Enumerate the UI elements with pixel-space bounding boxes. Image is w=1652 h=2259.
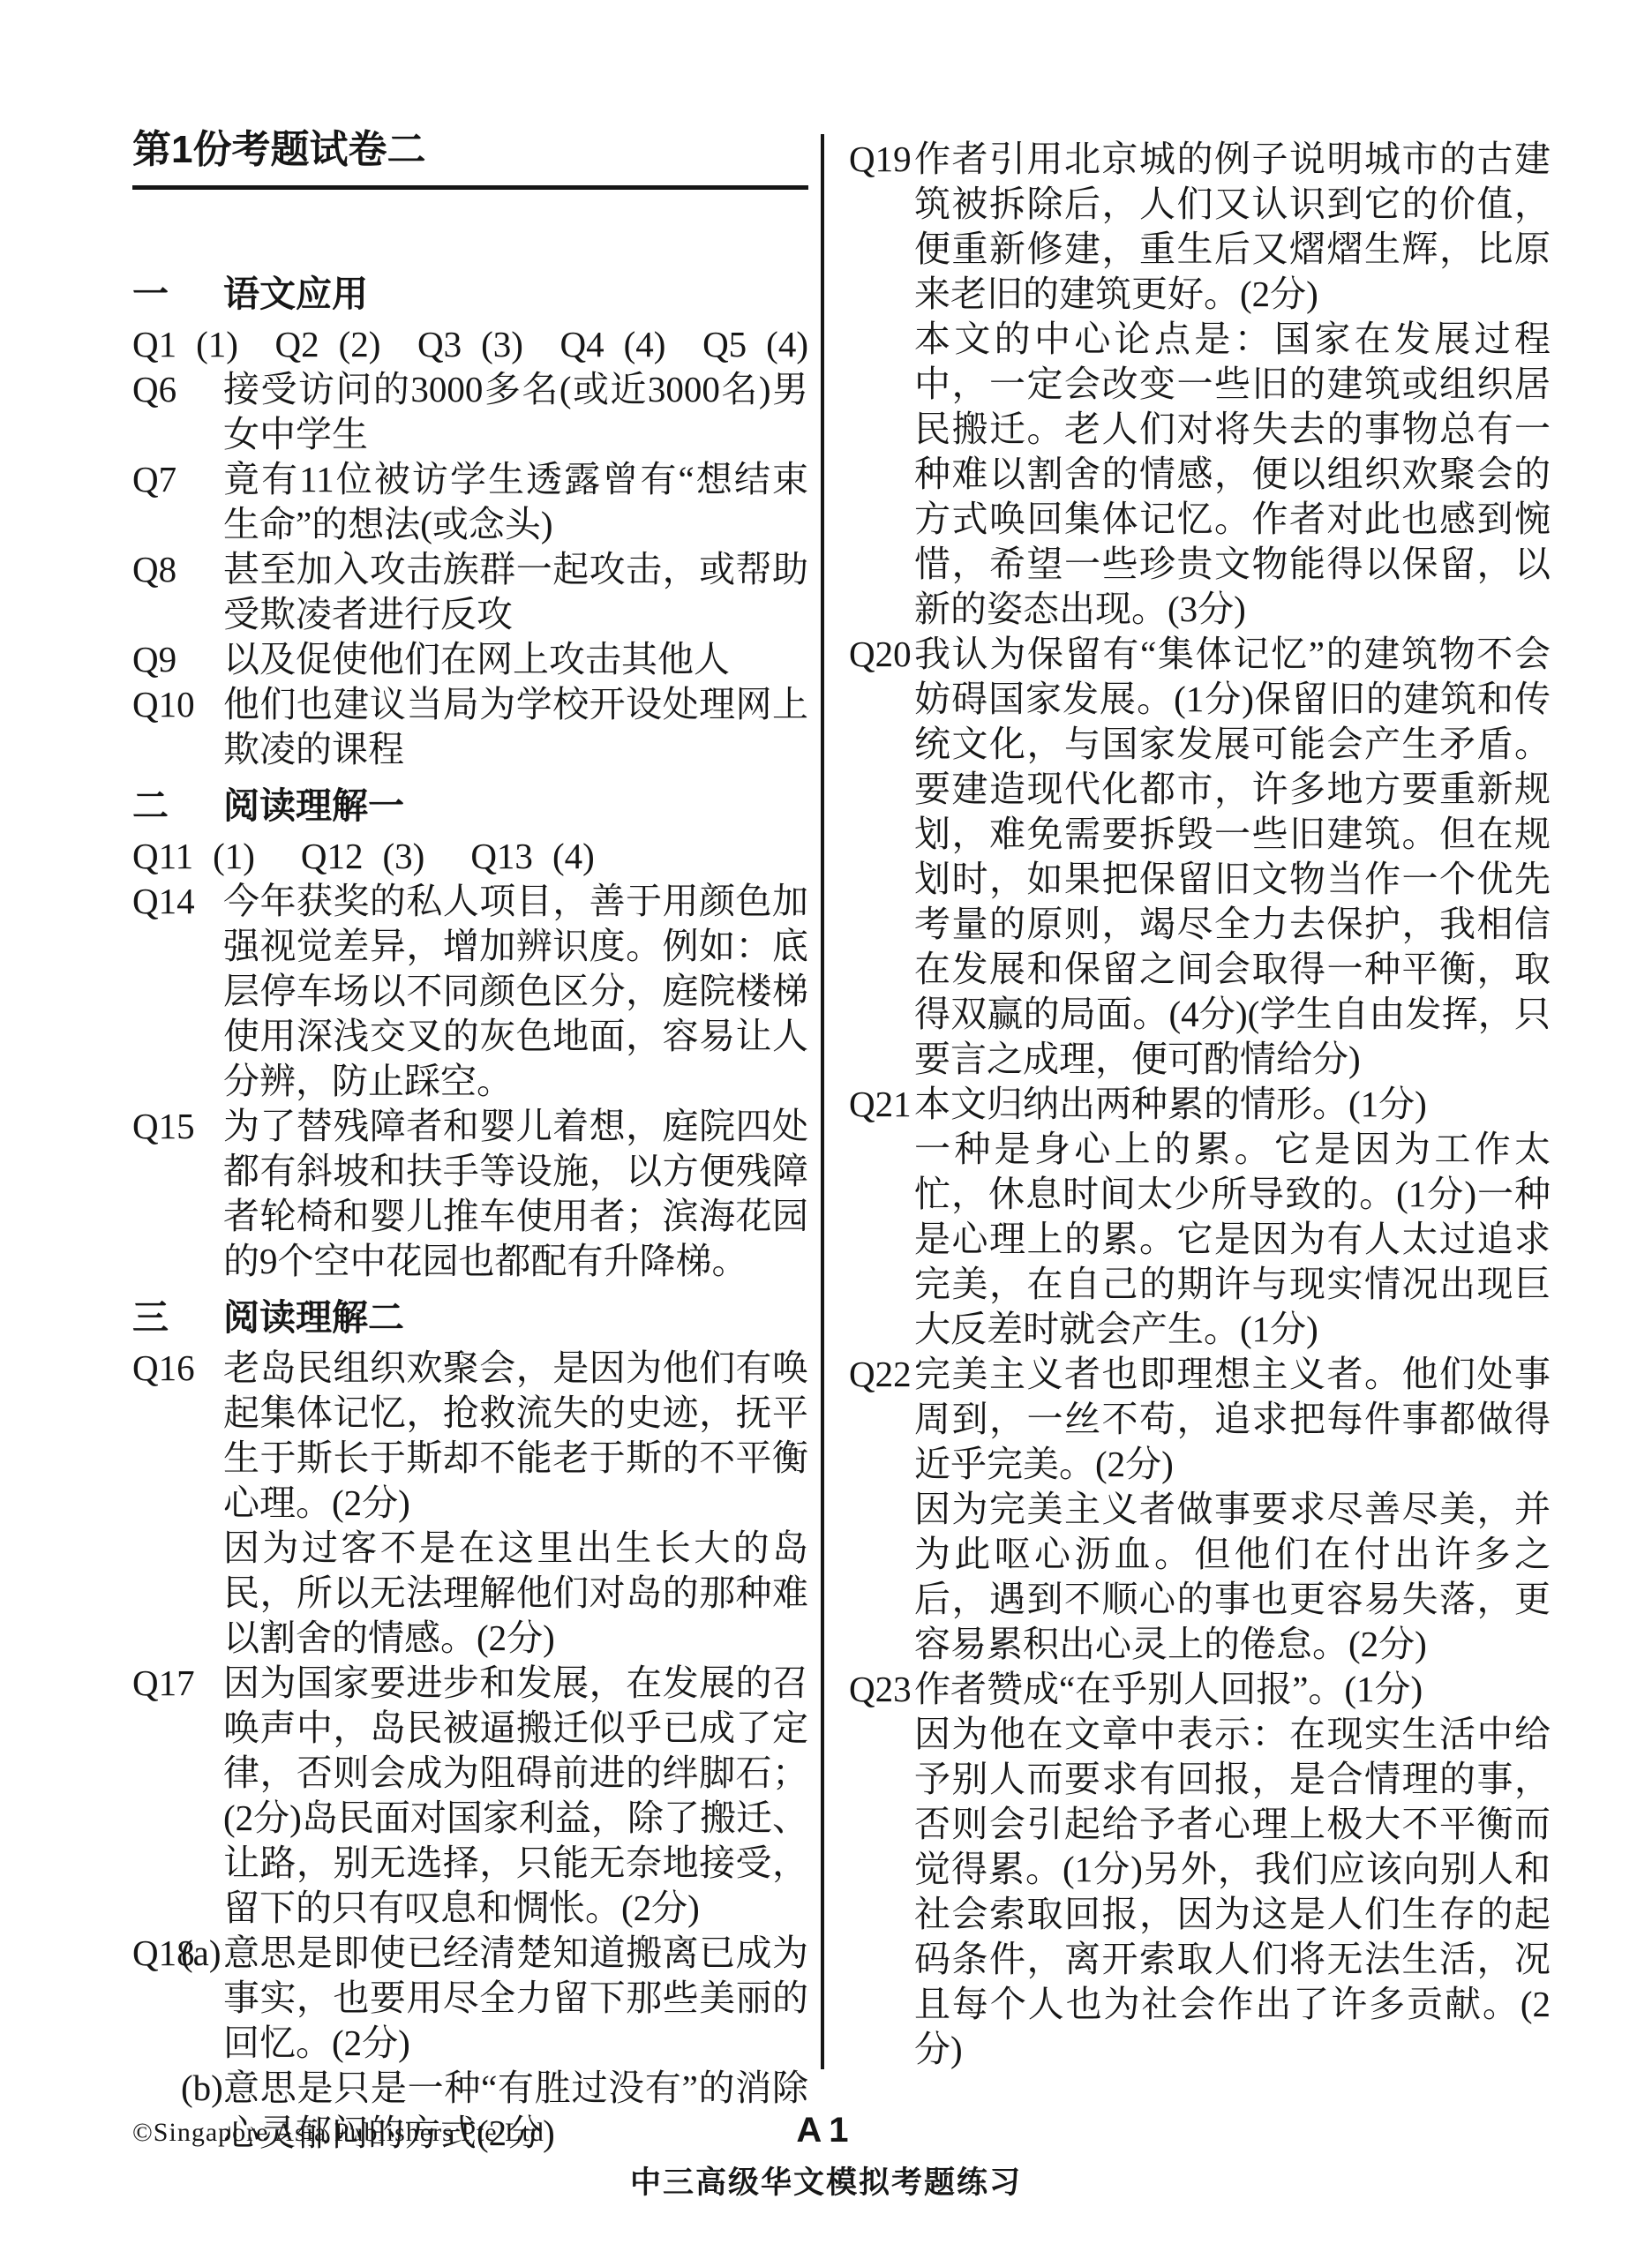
answer-text: 作者赞成“在乎别人回报”。(1分): [914, 1667, 1551, 1712]
question-label: Q19: [849, 137, 912, 182]
answer-text: 因为过客不是在这里出生长大的岛民，所以无法理解他们对岛的那种难以割舍的情感。(2…: [223, 1526, 808, 1661]
answer-text: 一种是身心上的累。它是因为工作太忙，休息时间太少所导致的。(1分)一种是心理上的…: [914, 1127, 1551, 1352]
question-label: Q9: [132, 637, 176, 682]
question-q14: Q14 今年获奖的私人项目，善于用颜色加强视觉差异，增加辨识度。例如：底层停车场…: [132, 879, 808, 1104]
answer-text: 完美主义者也即理想主义者。他们处事周到，一丝不苟，追求把每件事都做得近乎完美。(…: [914, 1352, 1551, 1487]
question-q17: Q17 因为国家要进步和发展，在发展的召唤声中，岛民被逼搬迁似乎已成了定律，否则…: [132, 1661, 808, 1931]
question-label: Q16: [132, 1346, 195, 1391]
answer-text: 因为国家要进步和发展，在发展的召唤声中，岛民被逼搬迁似乎已成了定律，否则会成为阻…: [223, 1661, 808, 1931]
section-number: 一: [132, 272, 223, 317]
question-q21: Q21 本文归纳出两种累的情形。(1分) 一种是身心上的累。它是因为工作太忙，休…: [849, 1082, 1551, 1352]
section-heading-3: 三阅读理解二: [132, 1295, 808, 1340]
page-title: 第1份考题试卷二: [132, 129, 808, 190]
answer-text: 因为完美主义者做事要求尽善尽美，并为此呕心沥血。但他们在付出许多之后，遇到不顺心…: [914, 1487, 1551, 1667]
question-q6: Q6 接受访问的3000多名(或近3000名)男女中学生: [132, 367, 808, 457]
answer-text: 因为他在文章中表示：在现实生活中给予别人而要求有回报，是合情理的事，否则会引起给…: [914, 1712, 1551, 2072]
question-q7: Q7 竟有11位被访学生透露曾有“想结束生命”的想法(或念头): [132, 457, 808, 547]
question-label: Q6: [132, 367, 176, 412]
question-label: Q21: [849, 1082, 912, 1127]
question-q19: Q19 作者引用北京城的例子说明城市的古建筑被拆除后，人们又认识到它的价值，便重…: [849, 137, 1551, 632]
scanned-answer-key-page: 第1份考题试卷二 一语文应用 Q1(1) Q2(2) Q3(3) Q4(4) Q…: [0, 0, 1652, 2259]
section-number: 二: [132, 784, 223, 829]
answer-text: 接受访问的3000多名(或近3000名)男女中学生: [223, 367, 808, 457]
answer-text: 竟有11位被访学生透露曾有“想结束生命”的想法(或念头): [223, 457, 808, 547]
mcq-answer: Q12(3): [301, 834, 424, 879]
section-title: 阅读理解一: [223, 785, 404, 826]
question-q10: Q10 他们也建议当局为学校开设处理网上欺凌的课程: [132, 682, 808, 772]
question-label: Q23: [849, 1667, 912, 1712]
mcq-answer: Q13(4): [470, 834, 594, 879]
question-q9: Q9 以及促使他们在网上攻击其他人: [132, 637, 808, 682]
answer-text: 今年获奖的私人项目，善于用颜色加强视觉差异，增加辨识度。例如：底层停车场以不同颜…: [223, 879, 808, 1104]
mcq-answers-row-q11-q13: Q11(1) Q12(3) Q13(4): [132, 834, 808, 879]
question-label: Q10: [132, 682, 195, 727]
question-label: Q20: [849, 632, 912, 677]
series-title: 中三高级华文模拟考题练习: [0, 2158, 1652, 2203]
sub-answer-a: (a) 意思是即使已经清楚知道搬离已成为事实，也要用尽全力留下那些美丽的回忆。(…: [223, 1931, 808, 2066]
sub-label: (b): [181, 2066, 223, 2111]
question-q15: Q15 为了替残障者和婴儿着想，庭院四处都有斜坡和扶手等设施，以方便残障者轮椅和…: [132, 1104, 808, 1284]
answer-text: 本文的中心论点是：国家在发展过程中，一定会改变一些旧的建筑或组织居民搬迁。老人们…: [914, 317, 1551, 632]
mcq-answer: Q11(1): [132, 834, 255, 879]
sub-label: (a): [181, 1931, 222, 1976]
mcq-answer: Q4(4): [560, 322, 666, 367]
question-label: Q22: [849, 1352, 912, 1397]
question-label: Q15: [132, 1104, 195, 1149]
answer-text: 甚至加入攻击族群一起攻击，或帮助受欺凌者进行反攻: [223, 547, 808, 637]
question-label: Q8: [132, 547, 176, 592]
right-column: Q19 作者引用北京城的例子说明城市的古建筑被拆除后，人们又认识到它的价值，便重…: [849, 137, 1551, 2072]
question-label: Q7: [132, 457, 176, 502]
answer-text: 意思是即使已经清楚知道搬离已成为事实，也要用尽全力留下那些美丽的回忆。(2分): [223, 1931, 808, 2066]
answer-text: 他们也建议当局为学校开设处理网上欺凌的课程: [223, 682, 808, 772]
mcq-answer: Q3(3): [417, 322, 523, 367]
mcq-answer: Q1(1): [132, 322, 238, 367]
question-q22: Q22 完美主义者也即理想主义者。他们处事周到，一丝不苟，追求把每件事都做得近乎…: [849, 1352, 1551, 1667]
section-title: 语文应用: [223, 274, 368, 314]
answer-text: 老岛民组织欢聚会，是因为他们有唤起集体记忆，抢救流失的史迹，抚平生于斯长于斯却不…: [223, 1346, 808, 1526]
question-q20: Q20 我认为保留有“集体记忆”的建筑物不会妨碍国家发展。(1分)保留旧的建筑和…: [849, 632, 1551, 1082]
answer-text: 我认为保留有“集体记忆”的建筑物不会妨碍国家发展。(1分)保留旧的建筑和传统文化…: [914, 632, 1551, 1082]
section-number: 三: [132, 1295, 223, 1340]
question-q23: Q23 作者赞成“在乎别人回报”。(1分) 因为他在文章中表示：在现实生活中给予…: [849, 1667, 1551, 2072]
question-q8: Q8 甚至加入攻击族群一起攻击，或帮助受欺凌者进行反攻: [132, 547, 808, 637]
answer-text: 为了替残障者和婴儿着想，庭院四处都有斜坡和扶手等设施，以方便残障者轮椅和婴儿推车…: [223, 1104, 808, 1284]
left-column: 一语文应用 Q1(1) Q2(2) Q3(3) Q4(4) Q5(4) Q6 接…: [132, 260, 808, 2156]
section-heading-1: 一语文应用: [132, 272, 808, 317]
answer-text: 本文归纳出两种累的情形。(1分): [914, 1082, 1551, 1127]
page-number-label: A1: [0, 2111, 1652, 2150]
section-title: 阅读理解二: [223, 1297, 404, 1338]
section-heading-2: 二阅读理解一: [132, 784, 808, 829]
mcq-answers-row-q1-q5: Q1(1) Q2(2) Q3(3) Q4(4) Q5(4): [132, 322, 808, 367]
question-label: Q17: [132, 1661, 195, 1706]
question-q16: Q16 老岛民组织欢聚会，是因为他们有唤起集体记忆，抢救流失的史迹，抚平生于斯长…: [132, 1346, 808, 1661]
mcq-answer: Q2(2): [275, 322, 381, 367]
answer-text: 作者引用北京城的例子说明城市的古建筑被拆除后，人们又认识到它的价值，便重新修建，…: [914, 137, 1551, 317]
column-divider-rule: [821, 134, 824, 2069]
answer-text: 以及促使他们在网上攻击其他人: [223, 637, 808, 682]
mcq-answer: Q5(4): [702, 322, 808, 367]
question-label: Q14: [132, 879, 195, 924]
